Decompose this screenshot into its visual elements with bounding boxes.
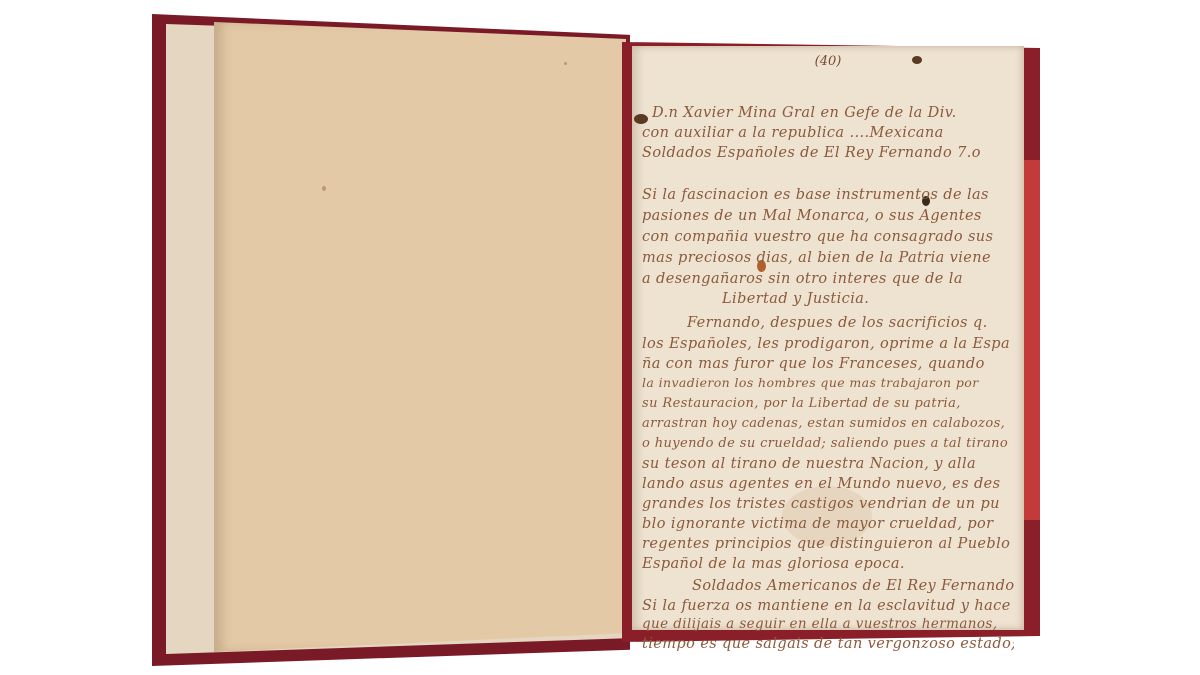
- manuscript-line: grandes los tristes castigos vendrian de…: [642, 497, 1014, 512]
- manuscript-line: los Españoles, les prodigaron, oprime a …: [642, 337, 1014, 352]
- page-spot: [564, 62, 567, 65]
- manuscript-line: a desengañaros sin otro interes que de l…: [642, 272, 1014, 287]
- manuscript-line: Si la fascinacion es base instrumentos d…: [642, 188, 1014, 203]
- manuscript-line: con auxiliar a la republica ....Mexicana: [642, 126, 1014, 141]
- manuscript-line: pasiones de un Mal Monarca, o sus Agente…: [642, 209, 1014, 224]
- page-number: (40): [632, 54, 1024, 69]
- manuscript-line: Español de la mas gloriosa epoca.: [642, 557, 1014, 572]
- manuscript-line: lando asus agentes en el Mundo nuevo, es…: [642, 477, 1014, 492]
- manuscript-line: mas preciosos dias, al bien de la Patria…: [642, 251, 1014, 266]
- manuscript-line: con compañia vuestro que ha consagrado s…: [642, 230, 1014, 245]
- manuscript-line: Libertad y Justicia.: [722, 292, 1014, 307]
- manuscript-line: Si la fuerza os mantiene en la esclavitu…: [642, 599, 1014, 614]
- manuscript-line: su Restauracion, por la Libertad de su p…: [642, 397, 1014, 410]
- manuscript-line: blo ignorante victima de mayor crueldad,…: [642, 517, 1014, 532]
- manuscript-line: tiempo es que salgais de tan vergonzoso …: [642, 637, 1014, 652]
- manuscript-line: la invadieron los hombres que mas trabaj…: [642, 377, 1014, 390]
- page-spot: [322, 186, 326, 191]
- manuscript-line: que dilijais a seguir en ella a vuestros…: [642, 618, 1014, 632]
- manuscript-line: su teson al tirano de nuestra Nacion, y …: [642, 457, 1014, 472]
- manuscript-line: arrastran hoy cadenas, estan sumidos en …: [642, 417, 1014, 430]
- ink-blot: [634, 114, 648, 124]
- manuscript-line: Soldados Españoles de El Rey Fernando 7.…: [642, 146, 1014, 161]
- manuscript-line: Soldados Americanos de El Rey Fernando,: [692, 579, 1014, 594]
- left-blank-page: [214, 22, 626, 652]
- cover-edge-band: [1024, 160, 1040, 520]
- handwritten-page: (40) D.n Xavier Mina Gral en Gefe de la …: [632, 46, 1024, 630]
- manuscript-line: Fernando, despues de los sacrificios q.: [687, 316, 1014, 331]
- manuscript-line: o huyendo de su crueldad; saliendo pues …: [642, 437, 1014, 450]
- manuscript-line: regentes principios que distinguieron al…: [642, 537, 1014, 552]
- manuscript-line: D.n Xavier Mina Gral en Gefe de la Div.: [652, 106, 1014, 121]
- manuscript-line: ña con mas furor que los Franceses, quan…: [642, 357, 1014, 372]
